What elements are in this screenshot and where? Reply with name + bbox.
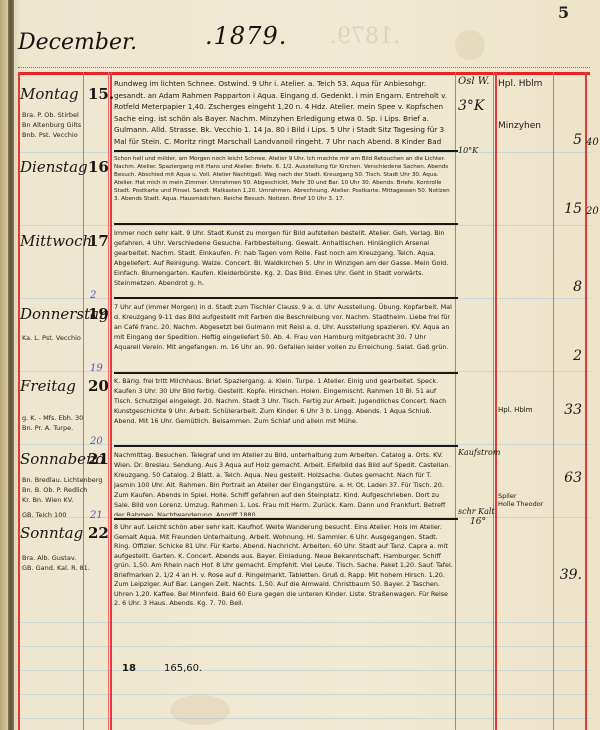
amount-cents-divider: [585, 72, 587, 730]
side-note: Kr. Bn. Wien KV.: [22, 495, 102, 505]
ledger-page: December. .1879. .1879. 5 Montag 15. Bra…: [0, 0, 600, 730]
notes-amount-divider: [553, 72, 554, 730]
side-notes: Ka. L. Pst. Vecchio: [22, 333, 81, 343]
date-annotation: 20: [90, 436, 103, 447]
amount-value: 63: [548, 470, 582, 486]
side-note-extra: GB. Teich 100: [22, 510, 66, 520]
month-heading: December.: [18, 30, 137, 55]
diary-entry: Nachmittag. Besuchen. Telegraf und im At…: [114, 450, 454, 516]
entry-separator: [114, 518, 458, 520]
weather-temperature: 3°K: [458, 98, 496, 114]
weather-temperature: 10°K: [458, 146, 496, 155]
side-note: Bn. B. Ob. P. Redlich: [22, 485, 102, 495]
side-note: Bn Altenburg Gilts: [22, 120, 81, 130]
side-note: Bra. Alb. Gustav.: [22, 553, 90, 563]
day-name: Freitag: [20, 377, 76, 395]
side-note: Bn. Pr. A. Turpe.: [22, 423, 83, 433]
side-note: Ka. L. Pst. Vecchio: [22, 333, 81, 343]
weekly-total: 165,60.: [164, 663, 202, 674]
amount-value: 8: [548, 279, 582, 295]
amount-value: 39.: [548, 567, 582, 583]
entry-separator: [114, 372, 458, 374]
entry-separator: [114, 223, 458, 225]
weather-note: Kaufstrom: [458, 448, 496, 457]
year-heading: .1879.: [205, 22, 287, 50]
book-binding: [8, 0, 14, 730]
note-line: Holle Theodor: [498, 500, 553, 508]
date-annotation: 2: [90, 290, 96, 301]
date-annotation: 21: [90, 510, 103, 521]
amount-value: 2: [548, 348, 582, 364]
day-date: 22: [88, 524, 109, 542]
weather-note: schr Kalt: [458, 507, 496, 516]
weather-wind: Osl W.: [458, 76, 496, 87]
date-annotation: 19: [90, 363, 103, 374]
entry-separator: [114, 297, 458, 299]
diary-entry: 7 Uhr auf (immer Morgen) in d. Stadt zum…: [114, 302, 454, 368]
week-number: 18: [122, 663, 136, 674]
day-date: 20: [88, 377, 109, 395]
diary-entry: 8 Uhr auf. Leicht schön aber sehr kalt. …: [114, 523, 454, 615]
note-line: Spiler: [498, 492, 553, 500]
dotted-rule: [18, 67, 590, 68]
amount-value: 15: [548, 201, 582, 217]
diary-entry: Rundweg im lichten Schnee. Ostwind. 9 Uh…: [114, 78, 454, 148]
amount-cents: 20: [586, 206, 600, 217]
side-note: GB. Gand. Kal. R. 81.: [22, 563, 90, 573]
weather-notes-divider: [495, 72, 497, 730]
diary-entry: K. Bärig. frei tritt Milchhaus. Brief. S…: [114, 376, 454, 442]
side-note: Bnb. Pst. Vecchio: [22, 130, 81, 140]
entry-separator: [114, 150, 458, 152]
day-name: Sonntag: [20, 524, 83, 542]
day-name: Mittwoch: [20, 232, 92, 250]
day-date: 16: [88, 158, 109, 176]
note: Spiler Holle Theodor: [498, 492, 553, 508]
side-notes: Bn. Bredlau. Lichtenberg Bn. B. Ob. P. R…: [22, 475, 102, 505]
diary-entry: Immer noch sehr kalt. 9 Uhr. Stadt Kunst…: [114, 228, 454, 292]
day-date: 15.: [88, 85, 114, 103]
amount-cents: 40: [586, 137, 600, 148]
note: Hpl. Hblm: [498, 406, 553, 415]
side-notes: Bra. P. Ob. Stirbel Bn Altenburg Gilts B…: [22, 110, 81, 140]
side-notes: g. K. - Mfs. Ebh. 30 Bn. Pr. A. Turpe.: [22, 413, 83, 433]
amount-value: 33: [548, 402, 582, 418]
page-number: 5: [558, 3, 569, 22]
side-note: Bra. P. Ob. Stirbel: [22, 110, 81, 120]
day-name: Montag: [20, 85, 79, 103]
amount-value: 5: [548, 132, 582, 148]
day-name: Dienstag: [20, 158, 88, 176]
side-notes: Bra. Alb. Gustav. GB. Gand. Kal. R. 81.: [22, 553, 90, 573]
entry-separator: [114, 445, 458, 447]
ruled-line: [18, 718, 590, 719]
side-note: Bn. Bredlau. Lichtenberg: [22, 475, 102, 485]
ruled-line: [18, 646, 590, 647]
bleed-through-year: .1879.: [330, 24, 400, 49]
ruled-line: [18, 694, 590, 695]
diary-entry: Schon hell und milder, am Morgen noch le…: [114, 155, 454, 220]
ruled-line: [18, 152, 590, 153]
weather-notes-divider: [493, 72, 494, 730]
header-red-rule: [18, 72, 590, 75]
day-date: 19: [88, 305, 109, 323]
note: Hpl. Hblm: [498, 80, 553, 89]
weather-temperature: 16°: [470, 517, 508, 527]
ruled-line: [18, 225, 590, 226]
paper-stain: [170, 695, 230, 725]
day-date: 17: [88, 232, 109, 250]
ruled-line: [18, 622, 590, 623]
side-note: g. K. - Mfs. Ebh. 30: [22, 413, 83, 423]
ruled-line: [18, 670, 590, 671]
entry-weather-divider: [455, 72, 456, 730]
paper-stain: [455, 30, 485, 60]
date-entry-divider: [110, 72, 112, 730]
note: Minzyhen: [498, 122, 553, 131]
day-date: 21: [88, 450, 109, 468]
